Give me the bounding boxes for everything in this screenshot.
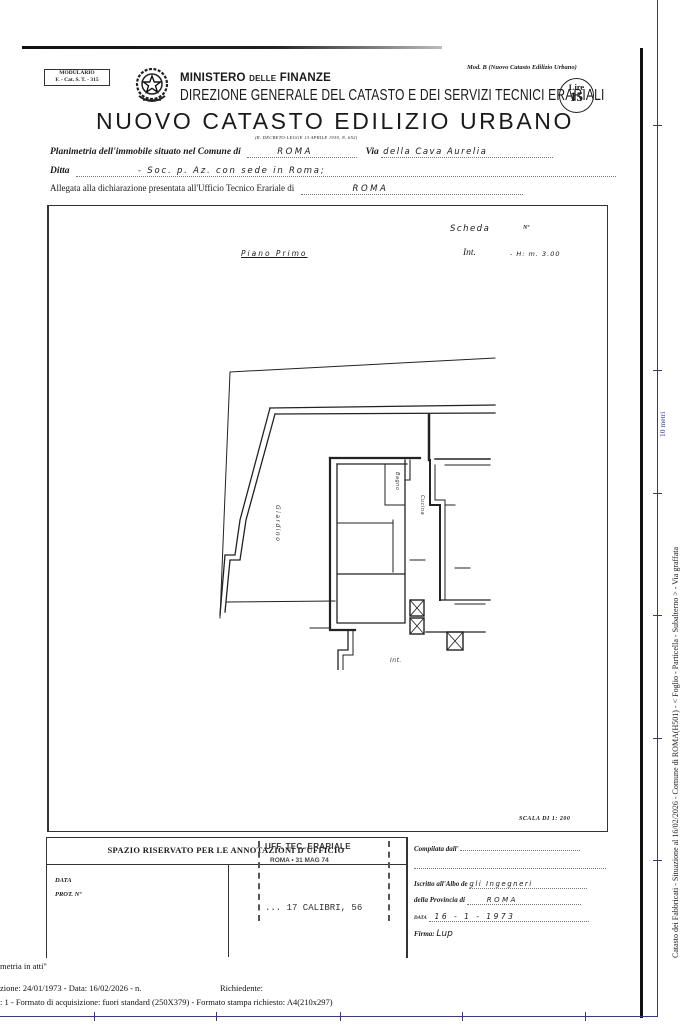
signature-line: Firma: Lup <box>414 929 453 939</box>
ruler-tick <box>653 615 662 616</box>
footer-line-3: : 1 - Formato di acquisizione: fuori sta… <box>0 997 333 1007</box>
compilata-line: Compilata dall' <box>414 845 580 853</box>
footer-line-2-left: zione: 24/01/1973 - Data: 16/02/2026 - n… <box>0 983 141 993</box>
signature-label: Firma: <box>414 930 435 938</box>
scheda-label: Scheda <box>450 224 490 234</box>
compilation-divider <box>406 838 408 958</box>
footer-line-1: metria in atti" <box>0 961 47 971</box>
cadastre-vertical-caption: Catasto dei Fabbricati - Situazione al 1… <box>671 547 680 958</box>
modulario-box: MODULARIO F. - Cat. S. T. - 315 <box>44 69 110 86</box>
vertical-scale-ruler <box>657 0 658 1016</box>
ruler-tick <box>653 370 662 371</box>
ruler-scale-label: 10 metri <box>658 412 667 437</box>
footer-line-2-right: Richiedente: <box>220 983 263 993</box>
modulario-line2: F. - Cat. S. T. - 315 <box>45 77 109 84</box>
room-label-giardino: Giardino <box>274 505 281 542</box>
ruler-tick <box>653 125 662 126</box>
scheda-number-label: Nº <box>523 225 529 231</box>
floor-label: Piano Primo <box>241 249 308 258</box>
stamp-line-1: UFF. TEC. ERARIALE <box>265 842 351 851</box>
iscritto-field: gli Ingegneri <box>469 880 587 889</box>
via-field: della Cava Aurelia <box>381 147 553 158</box>
interior-label: Int. <box>463 248 476 258</box>
ruler-tick <box>94 1012 95 1021</box>
document-title: NUOVO CATASTO EDILIZIO URBANO <box>96 108 574 135</box>
ruler-tick <box>653 493 662 494</box>
ruler-tick <box>462 1012 463 1021</box>
ditta-field: - Soc. p. Az. con sede in Roma; <box>76 166 616 177</box>
planimetria-line: Planimetria dell'immobile situato nel Co… <box>50 147 553 158</box>
stamp-line-3: ... 17 CALIBRI, 56 <box>265 903 362 913</box>
provincia-line: della Provincia di ROMA <box>414 896 581 905</box>
ceiling-height: - H: m. 3.00 <box>510 250 561 258</box>
floor-plan-drawing <box>200 350 500 670</box>
lire-value: 15 <box>560 91 593 103</box>
ruler-tick <box>216 1012 217 1021</box>
ministry-name: MINISTERO DELLE FINANZE <box>180 72 331 84</box>
sheet-right-edge <box>640 48 643 1018</box>
allegata-line: Allegata alla dichiarazione presentata a… <box>50 183 523 195</box>
ruler-tick <box>340 1012 341 1021</box>
iscritto-label: Iscritto all'Albo de <box>414 880 468 888</box>
allegata-label: Allegata alla dichiarazione presentata a… <box>50 183 294 193</box>
ditta-line: Ditta - Soc. p. Az. con sede in Roma; <box>50 166 616 177</box>
room-label-int: Int. <box>390 657 402 664</box>
planimetria-label: Planimetria dell'immobile situato nel Co… <box>50 147 241 157</box>
provincia-label: della Provincia di <box>414 896 465 904</box>
via-label: Via <box>366 147 379 157</box>
annotation-protocol-label: PROT. Nº <box>55 891 81 898</box>
directorate-title: DIREZIONE GENERALE DEL CATASTO E DEI SER… <box>180 87 604 105</box>
room-label-cucina: Cucina <box>419 495 425 515</box>
compilata-label: Compilata dall' <box>414 845 459 853</box>
ruler-tick <box>585 1012 586 1021</box>
compilata-field-line-2 <box>414 868 606 869</box>
top-border-rule <box>22 46 442 49</box>
signature: Lup <box>436 929 452 939</box>
model-reference: Mod. B (Nuovo Catasto Edilizio Urbano) <box>467 64 577 71</box>
provincia-field: ROMA <box>467 896 581 905</box>
ruler-tick <box>653 860 662 861</box>
room-label-bagno: Bagno <box>394 472 400 490</box>
iscritto-line: Iscritto all'Albo de gli Ingegneri <box>414 880 587 889</box>
annotations-divider <box>228 865 229 957</box>
stamp-line-2: ROMA • 31 MAG 74 <box>270 857 329 864</box>
decree-reference: (R. DECRETO-LEGGE 13 APRILE 1939, N. 652… <box>255 135 358 140</box>
compilata-field <box>460 850 580 851</box>
date-label: DATA <box>414 916 427 921</box>
ruler-tick <box>653 738 662 739</box>
drawing-scale: SCALA DI 1: 200 <box>519 816 570 822</box>
republic-emblem-icon <box>133 66 171 108</box>
ufficio-field: ROMA <box>301 183 523 195</box>
ditta-label: Ditta <box>50 166 70 176</box>
horizontal-scale-ruler <box>0 1016 658 1017</box>
annotation-date-label: DATA <box>55 877 72 884</box>
date-field: 16 - 1 - 1973 <box>429 912 589 922</box>
date-line: DATA 16 - 1 - 1973 <box>414 912 589 922</box>
comune-field: ROMA <box>247 147 357 158</box>
